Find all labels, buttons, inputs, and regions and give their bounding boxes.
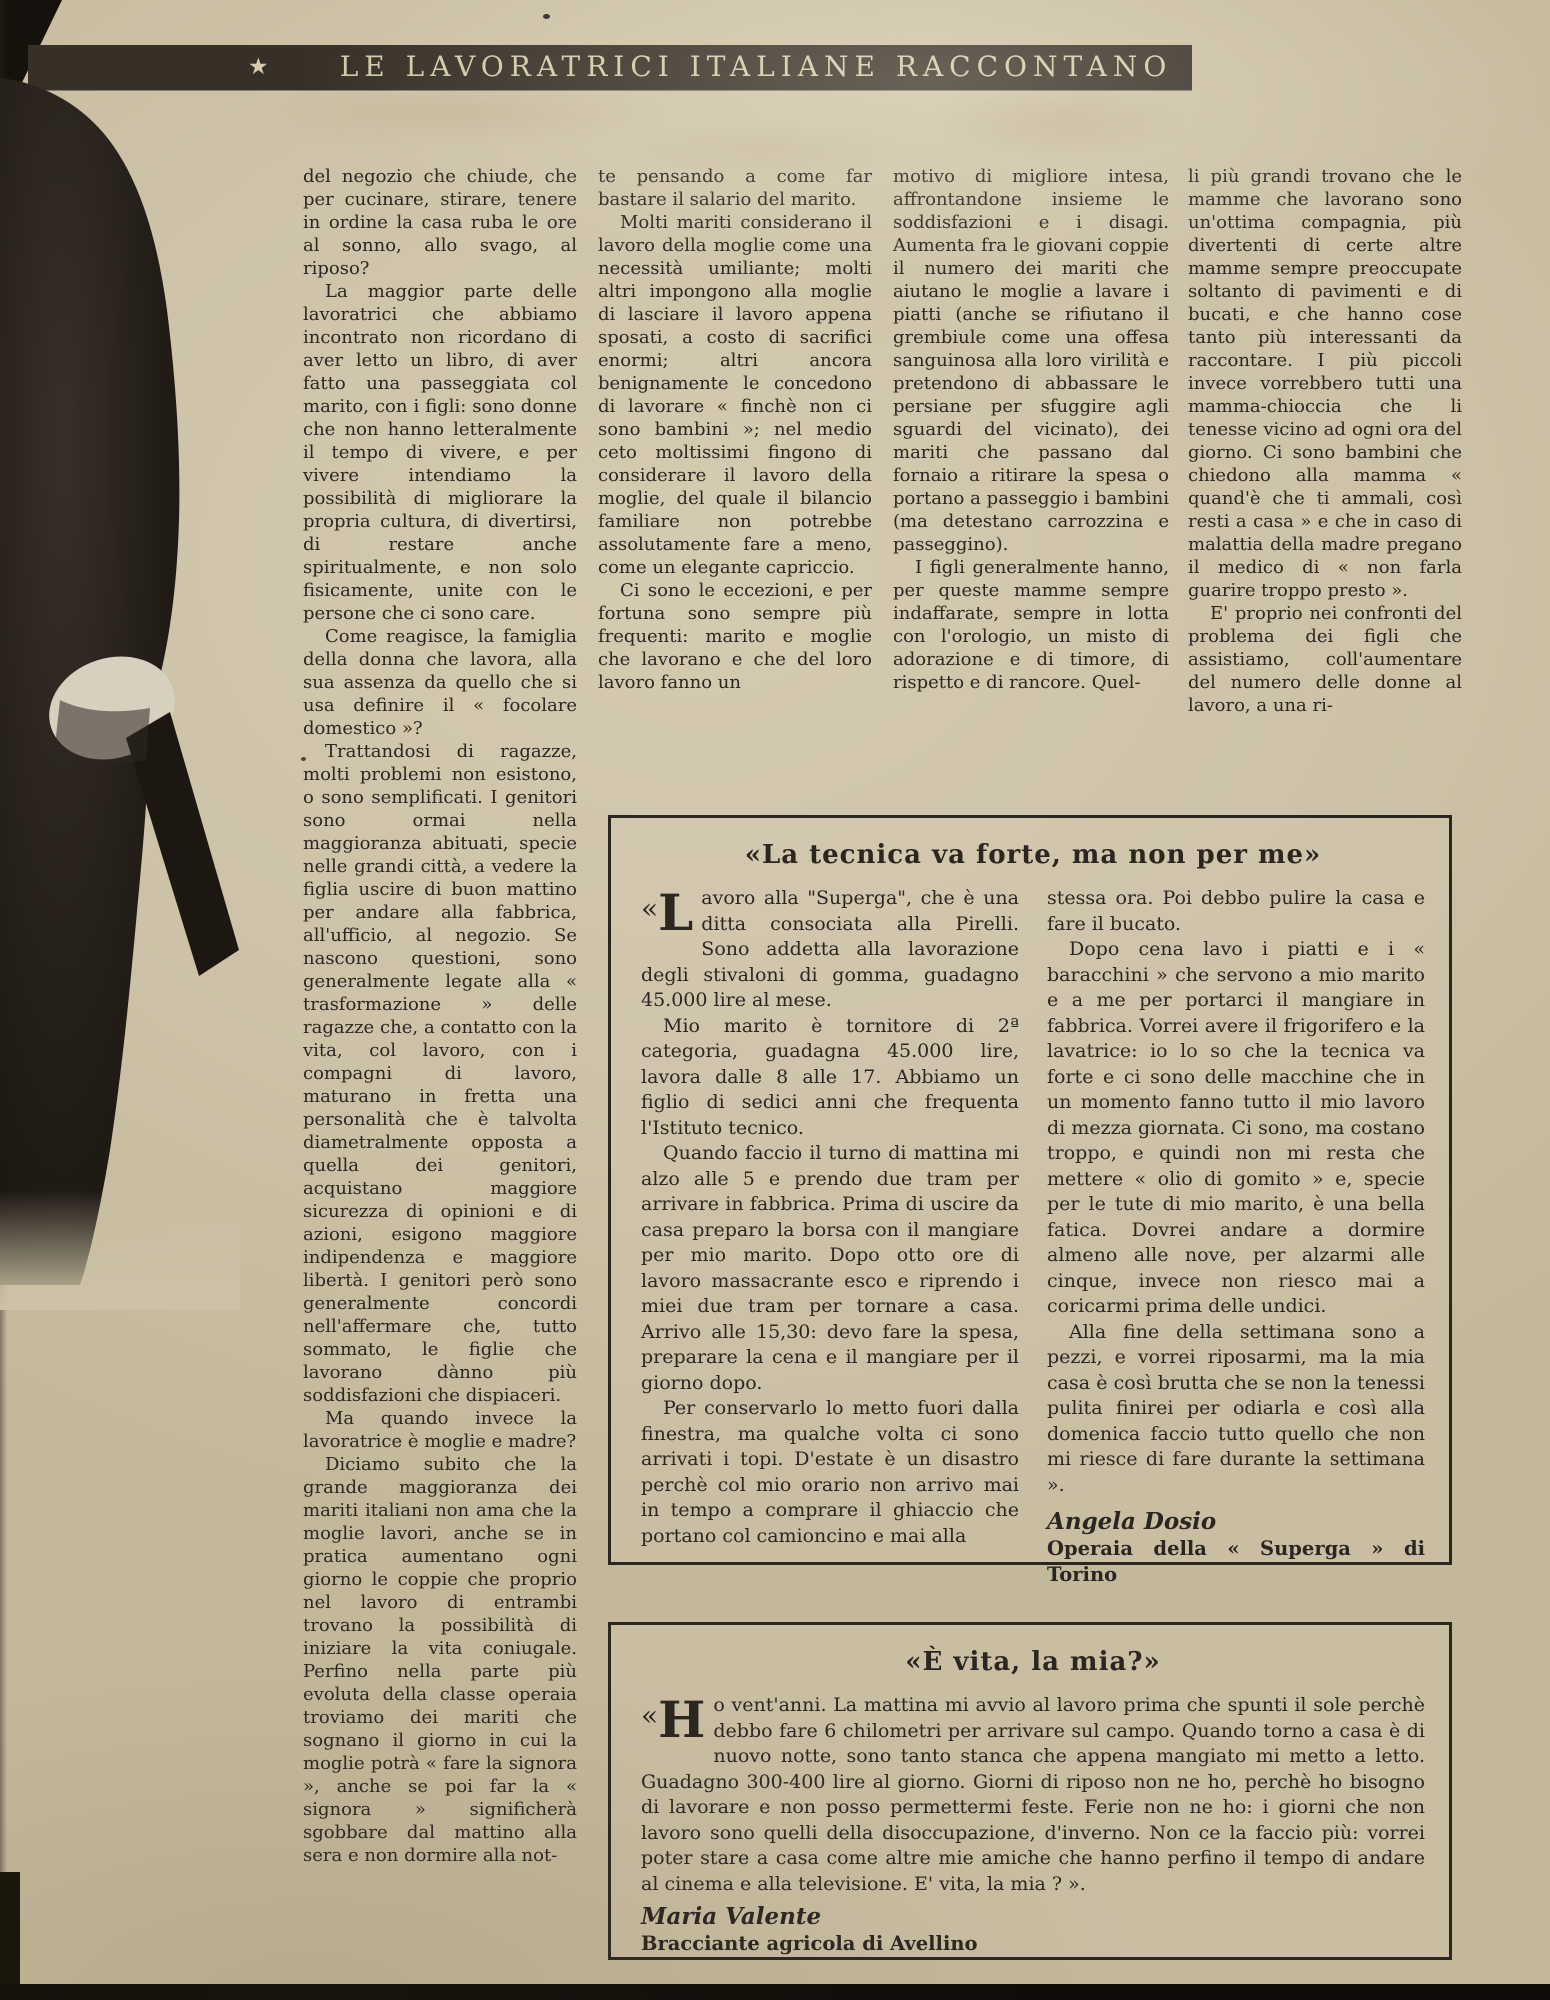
bleed-through-smudge	[930, 85, 1190, 160]
article-column-2: te pensando a come far bastare il salari…	[598, 165, 872, 694]
paragraph: Trattandosi di ragazze, molti problemi n…	[303, 740, 577, 1407]
paragraph: motivo di migliore intesa, affrontandone…	[893, 165, 1169, 556]
woman-with-umbrella-photo	[0, 60, 240, 1310]
testimonial-left-column: «Lavoro alla "Superga", che è una ditta …	[641, 886, 1019, 1588]
page-title: LE LAVORATRICI ITALIANE RACCONTANO	[328, 50, 1184, 83]
paragraph-text: o vent'anni. La mattina mi avvio al lavo…	[641, 1694, 1425, 1895]
testimonial-box-superga: «La tecnica va forte, ma non per me» «La…	[608, 815, 1452, 1565]
paragraph: Molti mariti considerano il lavoro della…	[598, 211, 872, 579]
ink-speck	[543, 14, 550, 19]
testimonial-title: «È vita, la mia?»	[641, 1647, 1425, 1677]
article-column-4: li più grandi trovano che le mamme che l…	[1188, 165, 1462, 717]
paragraph: Diciamo subito che la grande maggioranza…	[303, 1453, 577, 1867]
testimonial-right-column: stessa ora. Poi debbo pulire la casa e f…	[1047, 886, 1425, 1588]
signature-name: Angela Dosio	[1047, 1508, 1425, 1536]
paragraph: «Lavoro alla "Superga", che è una ditta …	[641, 886, 1019, 1014]
paragraph: Alla fine della settimana sono a pezzi, …	[1047, 1320, 1425, 1499]
testimonial-box-bracciante: «È vita, la mia?» «Ho vent'anni. La matt…	[608, 1622, 1452, 1960]
article-column-1: del negozio che chiude, che per cucinare…	[303, 165, 577, 1867]
star-icon: ★	[248, 54, 269, 80]
open-quote: «	[641, 1699, 658, 1732]
paragraph: te pensando a come far bastare il salari…	[598, 165, 872, 211]
testimonial-columns: «Lavoro alla "Superga", che è una ditta …	[641, 886, 1425, 1588]
magazine-page-scan: { "palette":{"paper":"#cdc2a7","ink":"#2…	[0, 0, 1550, 2000]
dropcap: «L	[641, 888, 693, 945]
paragraph-group: Mio marito è tornitore di 2ª categoria, …	[641, 1014, 1019, 1550]
paragraph: Mio marito è tornitore di 2ª categoria, …	[641, 1014, 1019, 1142]
dropcap-letter: H	[658, 1690, 705, 1749]
paragraph-group: stessa ora. Poi debbo pulire la casa e f…	[1047, 886, 1425, 1498]
paragraph: I figli generalmente hanno, per queste m…	[893, 556, 1169, 694]
paragraph: Per conservarlo lo metto fuori dalla fin…	[641, 1396, 1019, 1549]
testimonial-title: «La tecnica va forte, ma non per me»	[641, 840, 1425, 870]
paragraph: Ma quando invece la lavoratrice è moglie…	[303, 1407, 577, 1453]
paragraph: E' proprio nei confronti del problema de…	[1188, 602, 1462, 717]
paragraph: Dopo cena lavo i piatti e i « baracchini…	[1047, 937, 1425, 1320]
paragraph: Quando faccio il turno di mattina mi alz…	[641, 1141, 1019, 1396]
paragraph: del negozio che chiude, che per cucinare…	[303, 165, 577, 280]
dropcap-letter: L	[658, 883, 693, 942]
open-quote: «	[641, 892, 658, 925]
paragraph: stessa ora. Poi debbo pulire la casa e f…	[1047, 886, 1425, 937]
signature-name: Maria Valente	[641, 1903, 1425, 1931]
paragraph: La maggior parte delle lavoratrici che a…	[303, 280, 577, 625]
paragraph: Ci sono le eccezioni, e per fortuna sono…	[598, 579, 872, 694]
article-column-3: motivo di migliore intesa, affrontandone…	[893, 165, 1169, 694]
dropcap: «H	[641, 1695, 705, 1752]
signature-role: Operaia della « Superga » di Torino	[1047, 1536, 1425, 1588]
photo-silhouette	[0, 78, 240, 1310]
scan-bottom-edge	[0, 1984, 1550, 2000]
paragraph-text: avoro alla "Superga", che è una ditta co…	[641, 887, 1019, 1011]
scan-edge-shadow	[0, 1872, 20, 2000]
paragraph: li più grandi trovano che le mamme che l…	[1188, 165, 1462, 602]
paragraph: «Ho vent'anni. La mattina mi avvio al la…	[641, 1693, 1425, 1897]
signature-role: Bracciante agricola di Avellino	[641, 1931, 1425, 1957]
paragraph: Come reagisce, la famiglia della donna c…	[303, 625, 577, 740]
